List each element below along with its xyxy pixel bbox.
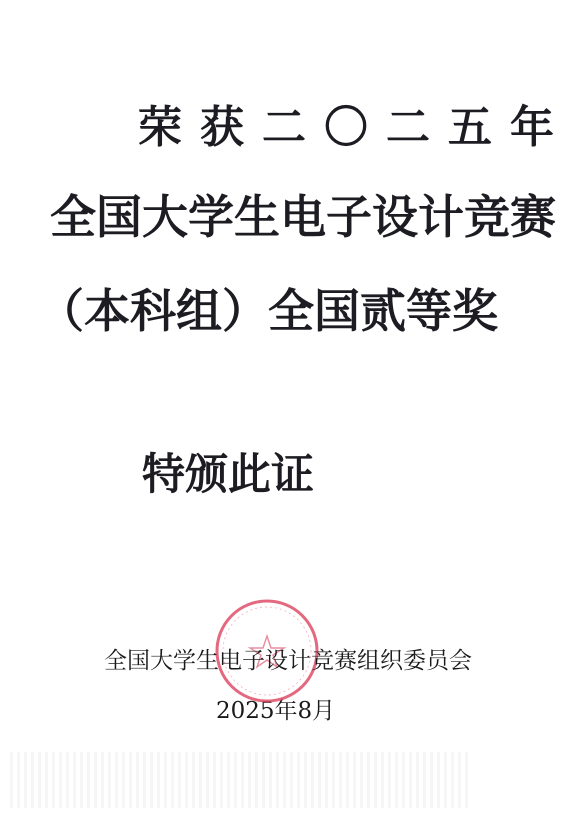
- certification-line: 特颁此证: [142, 448, 314, 502]
- competition-name-line: 全国大学生电子设计竞赛: [50, 188, 556, 246]
- award-level-line: （本科组）全国贰等奖: [38, 282, 498, 340]
- faint-bleed-through: [10, 752, 470, 808]
- issuer-name: 全国大学生电子设计竞赛组织委员会: [104, 646, 472, 676]
- award-year-line: 荣获二〇二五年: [138, 100, 572, 156]
